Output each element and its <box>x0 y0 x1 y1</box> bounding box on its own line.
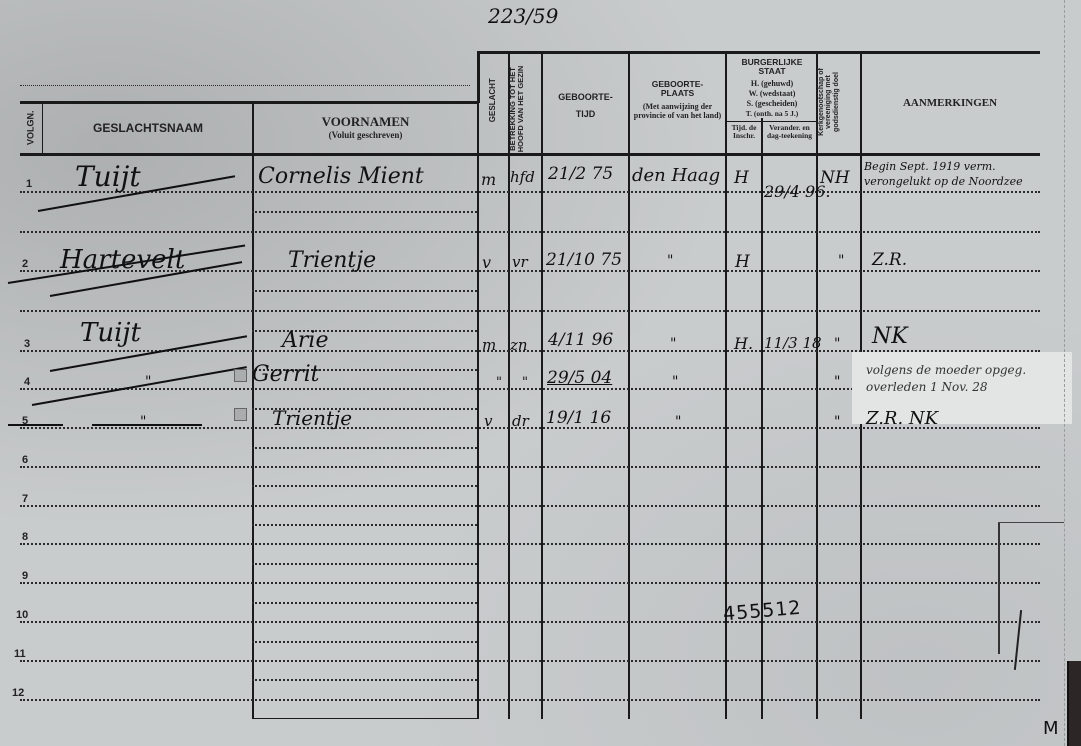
row1-relation: hfd <box>510 168 535 186</box>
header-staat-w: W. (wedstaat) <box>728 90 816 99</box>
reference-number: 223/59 <box>488 4 558 28</box>
row4-kerk: " <box>834 374 840 390</box>
row-line-7 <box>20 505 1040 507</box>
row1-remarks: Begin Sept. 1919 verm. verongelukt op de… <box>864 160 1040 190</box>
header-step-rule <box>477 51 480 103</box>
header-geboorteplaats: GEBOORTE-PLAATS <box>640 80 715 99</box>
row5-birth-date: 19/1 16 <box>546 408 611 428</box>
subrow-line <box>252 563 477 565</box>
header-staat-h: H. (gehuwd) <box>728 80 816 89</box>
subrow-line <box>252 679 477 681</box>
row-line-11 <box>20 660 1040 662</box>
row3-verandering: 11/3 18 <box>764 334 822 352</box>
row-number: 7 <box>22 493 28 505</box>
staat-subheader-rule <box>727 121 816 122</box>
subrow-line <box>252 290 477 292</box>
header-verandering: Verander. en dag-teekening <box>763 124 816 141</box>
row4-surname: " <box>145 374 151 390</box>
col-rule-volgn <box>42 103 43 155</box>
row5-sex: v <box>484 412 492 430</box>
header-geboortetijd: GEBOORTE- <box>543 93 628 103</box>
row3-kerk: " <box>834 336 840 352</box>
card-edge <box>1064 0 1067 746</box>
header-top-rule-right <box>478 51 1040 54</box>
header-aanmerkingen: AANMERKINGEN <box>862 97 1038 109</box>
header-tijd-inschr: Tijd. de Inschr. <box>728 124 760 141</box>
header-voornamen-sub: (Voluit geschreven) <box>254 131 477 141</box>
row2-given-names: Trientje <box>288 248 376 273</box>
row2-remarks: Z.R. <box>872 250 907 270</box>
row-number: 10 <box>16 609 28 621</box>
subrow-line <box>252 641 477 643</box>
row4-birth-date: 29/5 04 <box>547 368 612 388</box>
row-line-12 <box>20 699 1040 701</box>
row3-sex: m <box>482 336 496 354</box>
row2-sex: v <box>482 253 491 272</box>
subrow-line <box>252 211 477 213</box>
row2-kerk: " <box>838 253 844 269</box>
row4-sex: " <box>496 375 502 390</box>
row4-remarks: volgens de moeder opgeg. overleden 1 Nov… <box>866 362 1046 397</box>
bracket-mark <box>998 522 1001 654</box>
strikethrough <box>92 424 202 426</box>
row-line-1b <box>20 231 1040 233</box>
row-number: 2 <box>22 258 28 270</box>
header-geboortetijd-2: TIJD <box>543 110 628 120</box>
row-line-6 <box>20 466 1040 468</box>
row1-given-names: Cornelis Mient <box>258 164 424 189</box>
col-rule-kerk <box>816 53 818 719</box>
subrow-line <box>252 485 477 487</box>
row4-relation: " <box>522 375 528 390</box>
row-number: 3 <box>24 338 30 350</box>
row2-birth-place: " <box>667 253 673 269</box>
header-geboorteplaats-sub: (Met aanwijzing der provincie of van het… <box>630 103 725 121</box>
row-number: 9 <box>22 570 28 582</box>
header-geslachtsnaam: GESLACHTSNAAM <box>44 122 252 135</box>
row4-birth-place: " <box>672 374 678 390</box>
subrow-line <box>252 447 477 449</box>
row2-birth-date: 21/10 75 <box>546 250 622 270</box>
row5-birth-place: " <box>675 414 681 430</box>
col-rule-geboortetijd <box>541 53 543 719</box>
subrow-line <box>252 602 477 604</box>
row4-given-names: Gerrit <box>252 362 320 387</box>
row1-birth-place: den Haag <box>632 165 720 186</box>
voornamen-bottom-rule <box>252 718 477 719</box>
strikethrough <box>8 424 63 426</box>
row3-remarks: NK <box>872 324 908 349</box>
row-line-1 <box>20 191 1040 193</box>
col-rule-verander <box>761 118 763 719</box>
row-number: 1 <box>26 178 32 190</box>
row5-given-names: Trientje <box>272 406 352 430</box>
row-line-10 <box>20 621 1040 623</box>
row2-staat: H <box>735 252 750 272</box>
header-volgn: VOLGN. <box>26 103 35 153</box>
row-number: 8 <box>22 531 28 543</box>
census-card: 223/59 VOLGN. GESLACHTSNAAM VOORNAMEN (V… <box>0 0 1081 746</box>
row3-given-names: Arie <box>282 328 328 353</box>
row3-birth-date: 4/11 96 <box>548 330 613 350</box>
row1-sex: m <box>481 170 496 189</box>
header-staat-s: S. (gescheiden) <box>728 100 816 109</box>
row3-staat: H. <box>734 334 753 353</box>
header-burgerlijke-staat: BURGERLIJKE STAAT <box>728 58 816 77</box>
row-line-8 <box>20 543 1040 545</box>
scan-border <box>1067 661 1081 746</box>
header-kerkgenootschap: Kerkgenootschap of vereeniging met godsd… <box>818 54 858 150</box>
row5-surname: " <box>140 414 146 430</box>
header-geslacht: GESLACHT <box>489 70 497 130</box>
checkbox-icon <box>234 369 247 382</box>
col-rule-geboorteplaats <box>628 53 630 719</box>
row-line-2b <box>20 310 1040 312</box>
row5-relation: dr <box>512 412 529 430</box>
row5-kerk: " <box>834 414 840 430</box>
row-number: 12 <box>12 687 24 699</box>
row1-staat: H <box>734 168 749 188</box>
row1-kerk: NH <box>820 168 850 188</box>
row3-birth-place: " <box>670 336 676 352</box>
subrow-line <box>252 524 477 526</box>
col-rule-voornamen <box>252 103 254 719</box>
row3-relation: zn <box>510 336 528 354</box>
row2-relation: vr <box>512 253 528 271</box>
header-staat-t: T. (onth. na 5 J.) <box>728 110 816 118</box>
corner-mark: M <box>1043 718 1059 739</box>
header-betrekking: BETREKKING TOT HET HOOFD VAN HET GEZIN <box>509 61 539 157</box>
row3-surname: Tuijt <box>80 318 141 348</box>
header-top-rule-left <box>20 101 478 104</box>
title-dotted-line <box>20 85 470 86</box>
row1-birth-date: 21/2 75 <box>548 164 613 184</box>
row-number: 4 <box>24 376 30 388</box>
header-voornamen: VOORNAMEN <box>254 115 477 129</box>
row-number: 11 <box>14 648 26 660</box>
row5-remarks: Z.R. NK <box>866 408 938 429</box>
col-rule-geslacht <box>477 103 479 719</box>
checkbox-icon <box>234 408 247 421</box>
row1-surname: Tuijt <box>75 160 141 193</box>
bracket-mark-top <box>998 522 1064 523</box>
row-line-9 <box>20 582 1040 584</box>
strikethrough <box>32 366 247 406</box>
row-number: 6 <box>22 454 28 466</box>
